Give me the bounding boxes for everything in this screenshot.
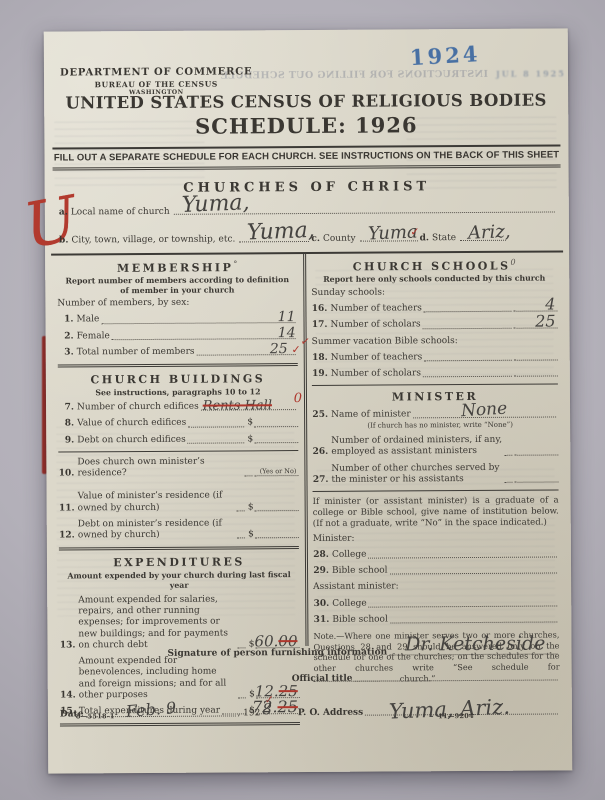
field-letter: d.: [420, 233, 429, 243]
field-label: City, town, village, or township, etc.: [71, 234, 235, 245]
form-row-college: 28. College: [313, 548, 559, 561]
question-number: 30.: [313, 598, 329, 609]
handwritten-scholars-count: 25: [535, 313, 555, 329]
dotted-leader: Yuma,: [239, 240, 309, 242]
dotted-leader: [237, 509, 245, 511]
local-name-row: a. Local name of church Yuma,: [59, 204, 557, 217]
pencil-mark: °: [233, 259, 237, 268]
expenditures-heading: EXPENDITURES: [59, 555, 299, 570]
dotted-leader: [423, 326, 512, 329]
membership-heading: MEMBERSHIP°: [57, 259, 297, 276]
question-label: Does church own minister’s residence?: [77, 456, 242, 480]
pencil-mark: 0: [510, 258, 515, 267]
question-number: 19.: [312, 369, 328, 380]
form-subtitle: SCHEDULE: 1926: [44, 111, 568, 139]
church-schools-heading: CHURCH SCHOOLS0: [311, 257, 557, 274]
graduate-paragraph: If minister (or assistant minister) is a…: [313, 495, 559, 530]
dotted-leader: [254, 441, 298, 443]
question-number: 3.: [58, 347, 74, 358]
year-stamp: 1924: [409, 41, 481, 70]
double-rule: [60, 722, 300, 726]
dotted-leader: Yuma ✓: [360, 239, 418, 241]
form-row-assistant-college: 30. College: [313, 597, 559, 610]
dotted-leader: [369, 604, 558, 607]
form-row-sunday-scholars: 17. Number of scholars 25: [312, 319, 558, 332]
question-label: College: [332, 598, 367, 609]
question-number: 31.: [313, 615, 329, 626]
question-number: 26.: [312, 447, 328, 458]
question-label: Number of ordained ministers, if any, em…: [331, 435, 502, 459]
denomination-heading: CHURCHES OF CHRIST: [45, 178, 569, 196]
form-row-female: 2. Female 14: [58, 330, 298, 343]
sunday-schools-label: Sunday schools:: [311, 286, 557, 299]
question-number: 29.: [313, 566, 329, 577]
question-label: Male: [76, 315, 99, 326]
form-row-edifice-debt: 9. Debt on church edifices $: [58, 434, 298, 447]
field-label: County: [323, 234, 356, 244]
expenditures-subheading: Amount expended by your church during la…: [67, 570, 291, 590]
field-label: Local name of church: [71, 207, 170, 218]
question-label: Value of church edifices: [77, 418, 186, 430]
question-label: Female: [77, 331, 110, 342]
handwritten-signature: Dr. Ketcheside: [405, 635, 545, 655]
red-check-icon: ✓: [410, 225, 419, 238]
dotted-leader: [504, 453, 512, 455]
form-row-edifices: 7. Number of church edifices Rents Hall …: [58, 401, 298, 414]
question-label: Bible school: [332, 566, 388, 578]
membership-subheading: Report number of members according to de…: [65, 276, 289, 296]
form-row-summer-scholars: 19. Number of scholars: [312, 367, 558, 380]
form-title-block: UNITED STATES CENSUS OF RELIGIOUS BODIES…: [44, 90, 568, 139]
handwritten-rents-hall: Rents Hall: [203, 400, 272, 413]
single-rule: [312, 384, 558, 387]
signature-label: Signature of person furnishing informati…: [168, 648, 388, 659]
question-number: 10.: [58, 469, 74, 480]
church-schools-heading-text: CHURCH SCHOOLS: [353, 259, 511, 273]
official-title-label: Official title: [292, 674, 353, 684]
form-row-residence-value: 11. Value of minister’s residence (if ow…: [59, 490, 299, 514]
question-label: Debt on minister’s residence (if owned b…: [78, 518, 235, 541]
church-schools-subheading: Report here only schools conducted by th…: [319, 274, 549, 285]
handwritten-city: Yuma,: [247, 220, 316, 245]
question-label: College: [332, 549, 367, 560]
footer-block: Signature of person furnishing informati…: [60, 646, 560, 719]
question-label: Name of minister: [331, 409, 411, 421]
dotted-leader: None: [413, 416, 556, 419]
question-number: 25.: [312, 410, 328, 421]
dotted-leader: [514, 358, 558, 360]
column-divider: [303, 254, 308, 646]
double-rule: [59, 546, 299, 550]
dotted-leader: Ariz,: [460, 239, 506, 241]
question-number: 18.: [312, 353, 328, 364]
membership-intro: Number of members, by sex:: [57, 297, 297, 310]
dotted-leader: [237, 537, 245, 539]
handwritten-minister-name: None: [460, 401, 507, 421]
field-letter: a.: [59, 207, 68, 217]
question-number: 1.: [57, 315, 73, 326]
form-row-total-members: 3. Total number of members 25 ✓: [58, 346, 298, 359]
minister-label: Minister:: [313, 532, 559, 545]
question-label: Number of teachers: [330, 303, 422, 315]
question-label: Number of church edifices: [77, 402, 199, 414]
red-correction-zero: 0: [294, 391, 302, 407]
spacer: [60, 659, 168, 660]
church-buildings-subheading: See instructions, paragraphs 10 to 12: [66, 387, 290, 398]
dotted-leader: [390, 620, 558, 623]
church-buildings-heading: CHURCH BUILDINGS: [58, 372, 298, 387]
assistant-minister-label: Assistant minister:: [313, 581, 559, 594]
double-rule: [58, 363, 298, 367]
dotted-leader: [112, 337, 296, 340]
official-title-row: Official title: [60, 672, 560, 685]
form-code: 8—5518-1: [76, 712, 115, 720]
question-number: 17.: [312, 320, 328, 331]
dollar-sign: $: [247, 418, 253, 429]
agency-line1: DEPARTMENT OF COMMERCE: [60, 66, 252, 80]
dotted-leader: Yuma,: [174, 210, 555, 214]
question-number: 7.: [58, 403, 74, 414]
question-label: Amount expended for salaries, repairs, a…: [78, 594, 236, 651]
dotted-leader: [254, 425, 298, 427]
form-row-sunday-teachers: 16. Number of teachers 4: [311, 302, 557, 315]
question-label: Bible school: [332, 614, 388, 626]
right-column: CHURCH SCHOOLS0 Report here only schools…: [311, 254, 560, 687]
question-number: 9.: [58, 435, 74, 446]
question-number: 8.: [58, 419, 74, 430]
summer-schools-label-text: Summer vacation Bible schools:: [312, 336, 458, 347]
census-schedule-page: INSTRUCTIONS FOR FILLING OUT SCHEDULE DE…: [44, 28, 573, 773]
dotted-leader: [514, 453, 558, 455]
form-row-assistant-bible-school: 31. Bible school: [313, 613, 559, 626]
red-margin-mark: U: [20, 187, 83, 257]
form-row-ordained-ministers: 26. Number of ordained ministers, if any…: [312, 434, 558, 458]
form-row-expenses: 13. Amount expended for salaries, repair…: [59, 594, 299, 652]
dotted-leader: [423, 375, 512, 378]
handwritten-state: Ariz,: [468, 223, 511, 243]
handwritten-church-name: Yuma,: [181, 192, 250, 217]
dotted-leader: [514, 375, 558, 377]
handwritten-total-count: 25: [270, 342, 288, 356]
handwritten-teachers-count: 4: [545, 297, 555, 313]
single-rule: [58, 450, 298, 452]
faint-date-stamp: JUL 8 1925: [496, 68, 566, 78]
dotted-leader: [188, 425, 244, 427]
red-check-icon: ✓: [300, 334, 311, 349]
form-row-minister-name: 25. Name of minister None: [312, 408, 558, 421]
question-label: Number of scholars: [331, 368, 421, 380]
printed-year: , 192: [237, 708, 260, 718]
question-label: Value of minister’s residence (if owned …: [78, 491, 235, 514]
form-row-edifice-value: 8. Value of church edifices $: [58, 417, 298, 430]
dotted-leader: Rents Hall 0: [201, 409, 296, 412]
dollar-sign: $: [248, 502, 254, 513]
question-label: Debt on church edifices: [77, 434, 186, 446]
question-label: Number of other churches served by the m…: [331, 462, 502, 486]
question-number: 16.: [311, 304, 327, 315]
question-number: 2.: [58, 331, 74, 342]
form-title: UNITED STATES CENSUS OF RELIGIOUS BODIES: [44, 90, 568, 112]
form-row-other-churches: 27. Number of other churches served by t…: [312, 462, 558, 486]
question-number: 27.: [312, 475, 328, 486]
form-row-summer-teachers: 18. Number of teachers: [312, 351, 558, 364]
question-number: 11.: [59, 503, 75, 514]
dotted-leader: [244, 475, 252, 477]
form-row-bible-school: 29. Bible school: [313, 564, 559, 577]
field-label: State: [432, 233, 456, 243]
city-county-state-row: b. City, town, village, or township, etc…: [59, 232, 557, 245]
summer-schools-label: ✓ Summer vacation Bible schools:: [312, 335, 558, 348]
print-code: 11—9204: [438, 712, 474, 720]
spacer: [60, 684, 292, 685]
dotted-leader: [390, 572, 558, 575]
dotted-leader: [101, 321, 295, 324]
question-number: 28.: [313, 550, 329, 561]
question-label: Number of teachers: [331, 352, 423, 364]
signature-row: Signature of person furnishing informati…: [60, 646, 560, 659]
form-row-male: 1. Male 11: [57, 313, 297, 326]
membership-heading-text: MEMBERSHIP: [117, 261, 233, 275]
dotted-leader: [504, 481, 512, 483]
single-rule: [313, 489, 559, 492]
ghost-back-title: INSTRUCTIONS FOR FILLING OUT SCHEDULE: [228, 69, 488, 82]
handwritten-male-count: 11: [278, 310, 296, 324]
dotted-leader: [188, 441, 245, 443]
minister-instruction-note: (If church has no minister, write “None”…: [322, 421, 558, 431]
date-address-row: Date Feb. 9 , 192 8 P. O. Address Yuma, …: [60, 698, 560, 719]
handwritten-year-digit: 8: [262, 700, 272, 718]
dollar-sign: $: [248, 530, 254, 541]
dollar-sign: $: [247, 434, 253, 445]
instruction-banner: FILL OUT A SEPARATE SCHEDULE FOR EACH CH…: [52, 144, 560, 170]
dotted-leader: [514, 480, 558, 482]
minister-heading: MINISTER: [312, 390, 558, 405]
handwritten-date: Feb. 9: [125, 700, 176, 720]
dotted-leader: [255, 509, 299, 511]
dotted-leader: [355, 678, 558, 681]
dotted-leader: [255, 536, 299, 538]
field-letter: b.: [59, 235, 68, 245]
dotted-leader: [368, 555, 557, 558]
photo-background: INSTRUCTIONS FOR FILLING OUT SCHEDULE DE…: [0, 0, 605, 800]
handwritten-female-count: 14: [278, 326, 296, 340]
form-row-own-residence: 10. Does church own minister’s residence…: [58, 456, 298, 480]
question-label: Number of scholars: [331, 320, 421, 332]
question-label: Total number of members: [77, 347, 195, 359]
yes-or-no-note: (Yes or No): [260, 467, 297, 475]
dotted-leader: [424, 359, 512, 362]
po-address-label: P. O. Address: [298, 708, 363, 718]
question-number: 12.: [59, 531, 75, 542]
dotted-leader: [424, 310, 512, 313]
form-row-residence-debt: 12. Debt on minister’s residence (if own…: [59, 518, 299, 542]
dotted-leader: Dr. Ketcheside: [389, 652, 557, 655]
